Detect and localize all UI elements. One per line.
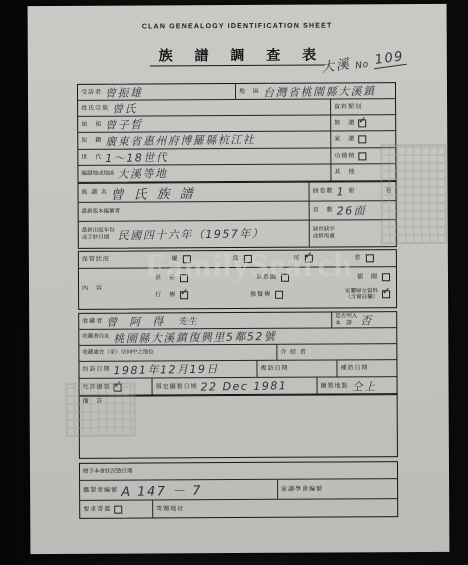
content-option-label: 世 系 bbox=[155, 275, 176, 281]
compile-area-label: 編譜地或地區 bbox=[81, 170, 114, 177]
surname-cell: 姓氏宗族 曾氏 bbox=[78, 100, 330, 116]
missing-pages-cell: 缺頁缺字 或修復處 bbox=[309, 220, 396, 246]
editor-label: 最新版本編纂者 bbox=[82, 208, 121, 215]
row-remarks: 備 註 bbox=[80, 394, 397, 458]
checkbox-icon bbox=[114, 383, 122, 391]
condition-option-label: 優 bbox=[171, 256, 178, 262]
content-option: 世 系 bbox=[155, 274, 188, 282]
block-genealogy-info: 族 譜 名 曾氏族譜 冊卷數 1 冊 卷 最新版本編纂者 頁 數 bbox=[77, 181, 396, 249]
content-options-row2: 行 傳 像贊傳 家屬婦女資料 （含備註欄） bbox=[155, 288, 390, 302]
content-option-label-group: 家屬婦女資料 （含備註欄） bbox=[345, 288, 378, 301]
block-admin: 贈予本會狀況暨日期 攝製者編號 A 147 － 7 家譜學會編號 要求寄還 bbox=[79, 461, 398, 519]
remarks-label: 備 註 bbox=[83, 399, 104, 405]
holder-value: 曾阿得 bbox=[106, 312, 175, 329]
genealogy-title-cell: 族 譜 名 曾氏族譜 bbox=[78, 183, 308, 202]
content-option: 家屬婦女資料 （含備註欄） bbox=[345, 288, 390, 301]
return-request-label: 要求寄還 bbox=[83, 506, 111, 512]
serial-number: 109 bbox=[372, 49, 407, 69]
area-cell: 地 區 台灣省桃園縣大溪鎮 bbox=[235, 83, 395, 99]
holder-address-label: 收藏者住址 bbox=[82, 334, 110, 341]
serial-area: 大溪 bbox=[320, 53, 351, 76]
area-value: 台灣省桃園縣大溪鎮 bbox=[263, 82, 376, 100]
checkbox-icon bbox=[243, 255, 251, 263]
row-founder: 始 祖 曾子晳 族 譜 bbox=[78, 114, 395, 132]
return-request-cell: 要求寄還 bbox=[80, 500, 152, 517]
film-number-cell: 攝製者編號 A 147 － 7 bbox=[80, 480, 277, 500]
photo-frame: CLAN GENEALOGY IDENTIFICATION SHEET 族 譜 … bbox=[0, 0, 468, 565]
row-content: 內 容 世 系 世系圖 插 圖 bbox=[79, 266, 396, 309]
condition-option-label: 良 bbox=[232, 256, 239, 262]
visit-date-cell: 約訪日期 1981年12月19日 bbox=[79, 361, 256, 378]
checkbox-icon bbox=[382, 291, 390, 299]
genealogy-title-value: 曾氏族譜 bbox=[111, 182, 203, 202]
missing-label-line2: 或修復處 bbox=[313, 233, 335, 240]
checkbox-icon bbox=[365, 254, 373, 262]
block-condition-content: 保管狀況 優 良 可 差 bbox=[78, 249, 397, 310]
generations-value: 1～18世代 bbox=[105, 149, 168, 166]
society-number-cell: 家譜學會編號 bbox=[277, 479, 397, 499]
origin-label: 原 籍 bbox=[81, 138, 102, 144]
row-surname-category: 姓氏宗族 曾氏 資料類別 bbox=[78, 98, 395, 116]
category-label: 資料類別 bbox=[334, 104, 362, 110]
checkbox-icon bbox=[281, 274, 289, 282]
society-number-label: 家譜學會編號 bbox=[281, 486, 323, 492]
donation-cell: 贈予本會狀況暨日期 bbox=[80, 462, 397, 480]
content-option-label: 插 圖 bbox=[357, 274, 378, 280]
surname-value: 曾氏 bbox=[112, 100, 137, 116]
pages-label: 頁 數 bbox=[313, 208, 334, 214]
row-holder-address: 收藏者住址 桃園縣大溪鎮復興里5鄰52號 bbox=[79, 327, 396, 345]
condition-label: 保管狀況 bbox=[82, 257, 110, 263]
category-option-cell: 功德榜 bbox=[330, 148, 395, 163]
checkbox-icon bbox=[182, 255, 190, 263]
origin-value: 廣東省惠州府博羅縣杭江社 bbox=[105, 131, 255, 149]
category-option-label: 其 他 bbox=[334, 169, 355, 175]
category-option-cell: 族 譜 bbox=[330, 115, 395, 130]
category-option-cell: 家 譜 bbox=[330, 131, 395, 147]
content-option: 插 圖 bbox=[357, 273, 390, 281]
pub-date-label-line2: 或手鈔日期 bbox=[82, 235, 115, 242]
content-options-cell: 世 系 世系圖 插 圖 行 bbox=[149, 267, 396, 308]
remarks-cell: 備 註 bbox=[80, 394, 397, 458]
row-title-volumes: 族 譜 名 曾氏族譜 冊卷數 1 冊 卷 bbox=[78, 182, 395, 202]
founder-label: 始 祖 bbox=[81, 121, 102, 127]
pub-date-value: 民國四十六年（1957年） bbox=[118, 225, 265, 243]
condition-options-cell: 優 良 可 差 bbox=[149, 250, 396, 267]
checkbox-icon bbox=[275, 291, 283, 299]
holder-label: 收藏者 bbox=[82, 318, 103, 324]
checkbox-icon bbox=[382, 273, 390, 281]
category-option-label: 功德榜 bbox=[334, 153, 355, 159]
content-options-row1: 世 系 世系圖 插 圖 bbox=[155, 273, 390, 282]
center-cell: 收藏處在（家）宗祠中之地位 bbox=[79, 345, 276, 361]
condition-option: 可 bbox=[293, 255, 312, 263]
film-number-value: A 147 － 7 bbox=[121, 480, 202, 500]
checkbox-icon bbox=[114, 505, 122, 513]
holder-suffix: 先生 bbox=[178, 314, 197, 327]
checkbox-icon bbox=[180, 274, 188, 282]
content-option-label: 世系圖 bbox=[256, 275, 277, 281]
content-label: 內 容 bbox=[82, 286, 103, 292]
listed-label-group: 是否列入 本 譜 bbox=[335, 313, 357, 326]
volumes-value: 1 bbox=[336, 185, 345, 198]
content-label-cell: 內 容 bbox=[79, 268, 149, 308]
content-option: 行 傳 bbox=[155, 289, 188, 302]
generations-label: 世 代 bbox=[81, 154, 102, 160]
film-date-label: 預定攝製日期 bbox=[156, 384, 198, 390]
compile-area-cell: 編譜地或地區 大溪等地 bbox=[78, 165, 330, 182]
volumes-unit-book: 冊 bbox=[348, 188, 355, 194]
revisit-date-label: 複訪日期 bbox=[260, 366, 288, 372]
block-identification: 受訪者 曾振雄 地 區 台灣省桃園縣大溪鎮 姓氏宗族 曾氏 資料類別 bbox=[77, 82, 397, 183]
holder-address-cell: 收藏者住址 桃園縣大溪鎮復興里5鄰52號 bbox=[79, 328, 396, 345]
content-option-label: 行 傳 bbox=[155, 293, 176, 299]
editor-cell: 最新版本編纂者 bbox=[79, 202, 309, 221]
film-place-label: 攝製地點 bbox=[321, 383, 349, 389]
pages-value: 26面 bbox=[337, 202, 367, 218]
english-title: CLAN GENEALOGY IDENTIFICATION SHEET bbox=[28, 22, 447, 31]
checkbox-icon bbox=[358, 119, 366, 127]
surname-label: 姓氏宗族 bbox=[81, 105, 109, 111]
row-compile-area: 編譜地或地區 大溪等地 其 他 bbox=[78, 163, 395, 182]
return-address-label: 寄贈地址 bbox=[156, 506, 184, 512]
referrer-cell: 介 紹 者 bbox=[276, 344, 396, 360]
category-option-label: 家 譜 bbox=[334, 136, 355, 142]
block-holder-visit: 收藏者 曾阿得 先生 是否列入 本 譜 否 收藏者住址 桃園縣大溪鎮復興里5鄰5… bbox=[78, 311, 397, 397]
row-pubdate-missing: 最新出版年份 或手鈔日期 民國四十六年（1957年） 缺頁缺字 或修復處 bbox=[79, 219, 396, 248]
supp-date-cell: 補訪日期 bbox=[336, 360, 396, 376]
row-donation: 贈予本會狀況暨日期 bbox=[80, 462, 397, 480]
condition-option: 差 bbox=[354, 254, 373, 262]
donation-label: 贈予本會狀況暨日期 bbox=[83, 468, 133, 475]
row-numbers: 攝製者編號 A 147 － 7 家譜學會編號 bbox=[80, 478, 397, 500]
film-permit-label: 允許攝製 bbox=[83, 384, 111, 390]
condition-label-cell: 保管狀況 bbox=[79, 251, 149, 267]
row-origin: 原 籍 廣東省惠州府博羅縣杭江社 家 譜 bbox=[78, 130, 395, 149]
listed-value: 否 bbox=[360, 312, 373, 328]
interviewee-label: 受訪者 bbox=[81, 89, 102, 95]
content-option: 像贊傳 bbox=[250, 289, 283, 302]
checkbox-icon bbox=[304, 255, 312, 263]
supp-date-label: 補訪日期 bbox=[340, 365, 368, 371]
holder-address-value: 桃園縣大溪鎮復興里5鄰52號 bbox=[113, 327, 276, 346]
listed-label-line2: 本 譜 bbox=[335, 320, 357, 327]
area-label: 地 區 bbox=[239, 88, 260, 94]
content-option: 世系圖 bbox=[256, 274, 289, 282]
pages-cell: 頁 數 26面 bbox=[309, 201, 396, 219]
founder-cell: 始 祖 曾子晳 bbox=[78, 116, 330, 132]
serial-no-label: No bbox=[355, 60, 369, 72]
checkbox-icon bbox=[358, 135, 366, 143]
row-generations: 世 代 1～18世代 功德榜 bbox=[78, 147, 395, 165]
condition-option: 良 bbox=[232, 255, 251, 263]
film-place-cell: 攝製地點 仝上 bbox=[317, 377, 397, 394]
volumes-unit-scroll: 卷 bbox=[386, 188, 393, 194]
row-holder: 收藏者 曾阿得 先生 是否列入 本 譜 否 bbox=[79, 312, 396, 329]
row-visit-dates: 約訪日期 1981年12月19日 複訪日期 補訪日期 bbox=[79, 359, 396, 378]
revisit-date-cell: 複訪日期 bbox=[256, 360, 336, 376]
category-header-cell: 資料類別 bbox=[330, 99, 395, 114]
volumes-label: 冊卷數 bbox=[313, 189, 334, 195]
center-label: 收藏處在（家）宗祠中之地位 bbox=[82, 350, 154, 357]
volumes-cell: 冊卷數 1 冊 卷 bbox=[308, 182, 395, 200]
visit-date-value: 1981年12月19日 bbox=[113, 361, 219, 379]
content-option-label-note: （含備註欄） bbox=[345, 295, 378, 302]
row-interviewee-area: 受訪者 曾振雄 地 區 台灣省桃園縣大溪鎮 bbox=[78, 83, 395, 100]
condition-option: 優 bbox=[171, 255, 190, 263]
referrer-label: 介 紹 者 bbox=[280, 349, 306, 355]
interviewee-value: 曾振雄 bbox=[105, 84, 143, 101]
film-number-label: 攝製者編號 bbox=[83, 487, 118, 493]
document-paper: CLAN GENEALOGY IDENTIFICATION SHEET 族 譜 … bbox=[28, 4, 450, 554]
category-option-cell: 其 他 bbox=[330, 164, 395, 180]
film-place-value: 仝上 bbox=[351, 378, 376, 394]
block-remarks: 備 註 bbox=[79, 393, 398, 459]
missing-label-group: 缺頁缺字 或修復處 bbox=[313, 227, 335, 240]
film-permit-cell: 允許攝製 bbox=[80, 378, 152, 395]
checkbox-icon bbox=[180, 292, 188, 300]
holder-cell: 收藏者 曾阿得 先生 bbox=[79, 313, 331, 329]
genealogy-title-label: 族 譜 名 bbox=[82, 190, 108, 196]
pub-date-label-group: 最新出版年份 或手鈔日期 bbox=[82, 228, 115, 241]
row-editor-pages: 最新版本編纂者 頁 數 26面 bbox=[79, 200, 396, 221]
generations-cell: 世 代 1～18世代 bbox=[78, 149, 330, 165]
compile-area-value: 大溪等地 bbox=[117, 165, 167, 182]
row-return: 要求寄還 寄贈地址 bbox=[80, 498, 397, 518]
origin-cell: 原 籍 廣東省惠州府博羅縣杭江社 bbox=[78, 132, 330, 149]
visit-date-label: 約訪日期 bbox=[82, 367, 110, 373]
checkbox-icon bbox=[358, 152, 366, 160]
interviewee-cell: 受訪者 曾振雄 bbox=[78, 84, 235, 100]
category-option-label: 族 譜 bbox=[334, 120, 355, 126]
listed-cell: 是否列入 本 譜 否 bbox=[331, 312, 396, 327]
row-condition: 保管狀況 優 良 可 差 bbox=[79, 250, 396, 268]
condition-option-label: 可 bbox=[293, 256, 300, 262]
return-address-cell: 寄贈地址 bbox=[152, 499, 397, 517]
pub-date-cell: 最新出版年份 或手鈔日期 民國四十六年（1957年） bbox=[79, 221, 309, 248]
condition-option-label: 差 bbox=[354, 255, 361, 261]
content-option-label: 像贊傳 bbox=[250, 292, 271, 298]
founder-value: 曾子晳 bbox=[105, 116, 143, 133]
film-date-value: 22 Dec 1981 bbox=[200, 379, 287, 393]
